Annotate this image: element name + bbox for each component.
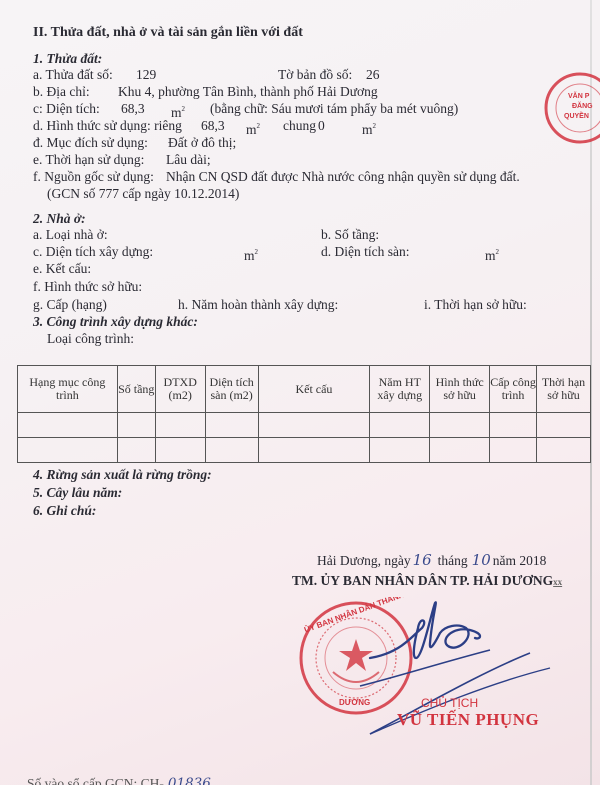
- col-floor-area: Diện tích sàn (m2): [205, 366, 258, 413]
- perennial-heading: 5. Cây lâu năm:: [33, 485, 122, 501]
- initials: xx: [553, 577, 562, 587]
- year-label: h. Năm hoàn thành xây dựng:: [178, 297, 338, 313]
- address-value: Khu 4, phường Tân Bình, thành phố Hải Dư…: [118, 84, 378, 100]
- col-term: Thời hạn sở hữu: [537, 366, 591, 413]
- table-cell: [537, 438, 591, 463]
- svg-text:VĂN P: VĂN P: [568, 91, 590, 100]
- table-cell: [258, 438, 370, 463]
- certificate-page: VĂN P ĐĂNG QUYỀN II. Thửa đất, nhà ở và …: [0, 0, 600, 785]
- col-floors: Số tầng: [117, 366, 155, 413]
- col-built-area: DTXD (m2): [155, 366, 205, 413]
- section-title: II. Thửa đất, nhà ở và tài sản gắn liền …: [33, 25, 303, 41]
- top-seal-icon: VĂN P ĐĂNG QUYỀN: [538, 68, 600, 148]
- other-works-heading: 3. Công trình xây dựng khác:: [33, 314, 198, 330]
- origin-value: Nhận CN QSD đất được Nhà nước công nhận …: [166, 169, 520, 185]
- place-date: Hải Dương, ngày16tháng10năm 2018: [317, 552, 546, 569]
- col-ownership: Hình thức sở hữu: [430, 366, 490, 413]
- col-item: Hạng mục công trình: [18, 366, 118, 413]
- svg-text:QUYỀN: QUYỀN: [564, 110, 589, 120]
- table-cell: [155, 438, 205, 463]
- own-term-label: i. Thời hạn sở hữu:: [424, 297, 527, 313]
- term-value: Lâu dài;: [166, 152, 211, 168]
- house-type-label: a. Loại nhà ở:: [33, 227, 108, 243]
- forest-heading: 4. Rừng sản xuất là rừng trồng:: [33, 467, 212, 483]
- usage-common-value: 0: [318, 118, 325, 134]
- col-grade: Cấp công trình: [490, 366, 537, 413]
- usage-common-unit: m2: [362, 118, 376, 138]
- table-cell: [117, 413, 155, 438]
- authority-title: TM. ỦY BAN NHÂN DÂN TP. HẢI DƯƠNGxx: [292, 573, 562, 590]
- table-cell: [370, 438, 430, 463]
- other-works-type-label: Loại công trình:: [47, 331, 134, 347]
- origin-label: f. Nguồn gốc sử dụng:: [33, 169, 154, 185]
- parcel-value: 129: [136, 67, 156, 83]
- table-cell: [205, 438, 258, 463]
- signer-name: VŨ TIẾN PHỤNG: [397, 712, 539, 728]
- usage-private-value: 68,3: [201, 118, 225, 134]
- table-cell: [205, 413, 258, 438]
- term-label: e. Thời hạn sử dụng:: [33, 152, 144, 168]
- table-cell: [117, 438, 155, 463]
- house-heading: 2. Nhà ở:: [33, 211, 86, 227]
- ownership-label: f. Hình thức sở hữu:: [33, 279, 142, 295]
- col-structure: Kết cấu: [258, 366, 370, 413]
- area-label: c: Diện tích:: [33, 101, 100, 117]
- notes-heading: 6. Ghi chú:: [33, 503, 96, 519]
- land-heading: 1. Thửa đất:: [33, 51, 102, 67]
- map-sheet-value: 26: [366, 67, 380, 83]
- table-cell: [258, 413, 370, 438]
- table-row: [18, 438, 591, 463]
- floor-area-unit: m2: [485, 244, 499, 264]
- grade-label: g. Cấp (hạng): [33, 297, 107, 313]
- origin-note: (GCN số 777 cấp ngày 10.12.2014): [47, 186, 239, 202]
- purpose-label: đ. Mục đích sử dụng:: [33, 135, 148, 151]
- table-cell: [537, 413, 591, 438]
- address-label: b. Địa chỉ:: [33, 84, 90, 100]
- usage-common-label: chung: [283, 118, 316, 134]
- purpose-value: Đất ở đô thị;: [168, 135, 236, 151]
- col-year: Năm HT xây dựng: [370, 366, 430, 413]
- table-cell: [18, 438, 118, 463]
- footer-register-number: Số vào sổ cấp GCN: CH-01836: [27, 776, 211, 785]
- table-cell: [430, 438, 490, 463]
- signer-title: CHỦ TỊCH: [421, 695, 478, 711]
- table-cell: [490, 438, 537, 463]
- parcel-label: a. Thửa đất số:: [33, 67, 113, 83]
- area-value: 68,3: [121, 101, 145, 117]
- handwritten-day: 16: [413, 551, 432, 569]
- handwritten-month: 10: [472, 551, 491, 569]
- table-cell: [18, 413, 118, 438]
- built-area-unit: m2: [244, 244, 258, 264]
- table-cell: [490, 413, 537, 438]
- table-header-row: Hạng mục công trình Số tầng DTXD (m2) Di…: [18, 366, 591, 413]
- table-row: [18, 413, 591, 438]
- floor-area-label: d. Diện tích sàn:: [321, 244, 409, 260]
- other-works-table: Hạng mục công trình Số tầng DTXD (m2) Di…: [17, 365, 591, 463]
- usage-private-unit: m2: [246, 118, 260, 138]
- table-cell: [370, 413, 430, 438]
- built-area-label: c. Diện tích xây dựng:: [33, 244, 153, 260]
- area-words: (bằng chữ: Sáu mươi tám phẩy ba mét vuôn…: [210, 101, 458, 117]
- structure-label: e. Kết cấu:: [33, 261, 91, 277]
- usage-form-label: d. Hình thức sử dụng: riêng: [33, 118, 182, 134]
- svg-text:ĐĂNG: ĐĂNG: [572, 101, 593, 110]
- table-cell: [430, 413, 490, 438]
- map-sheet-label: Tờ bản đồ số:: [278, 67, 352, 83]
- table-cell: [155, 413, 205, 438]
- house-floors-label: b. Số tầng:: [321, 227, 379, 243]
